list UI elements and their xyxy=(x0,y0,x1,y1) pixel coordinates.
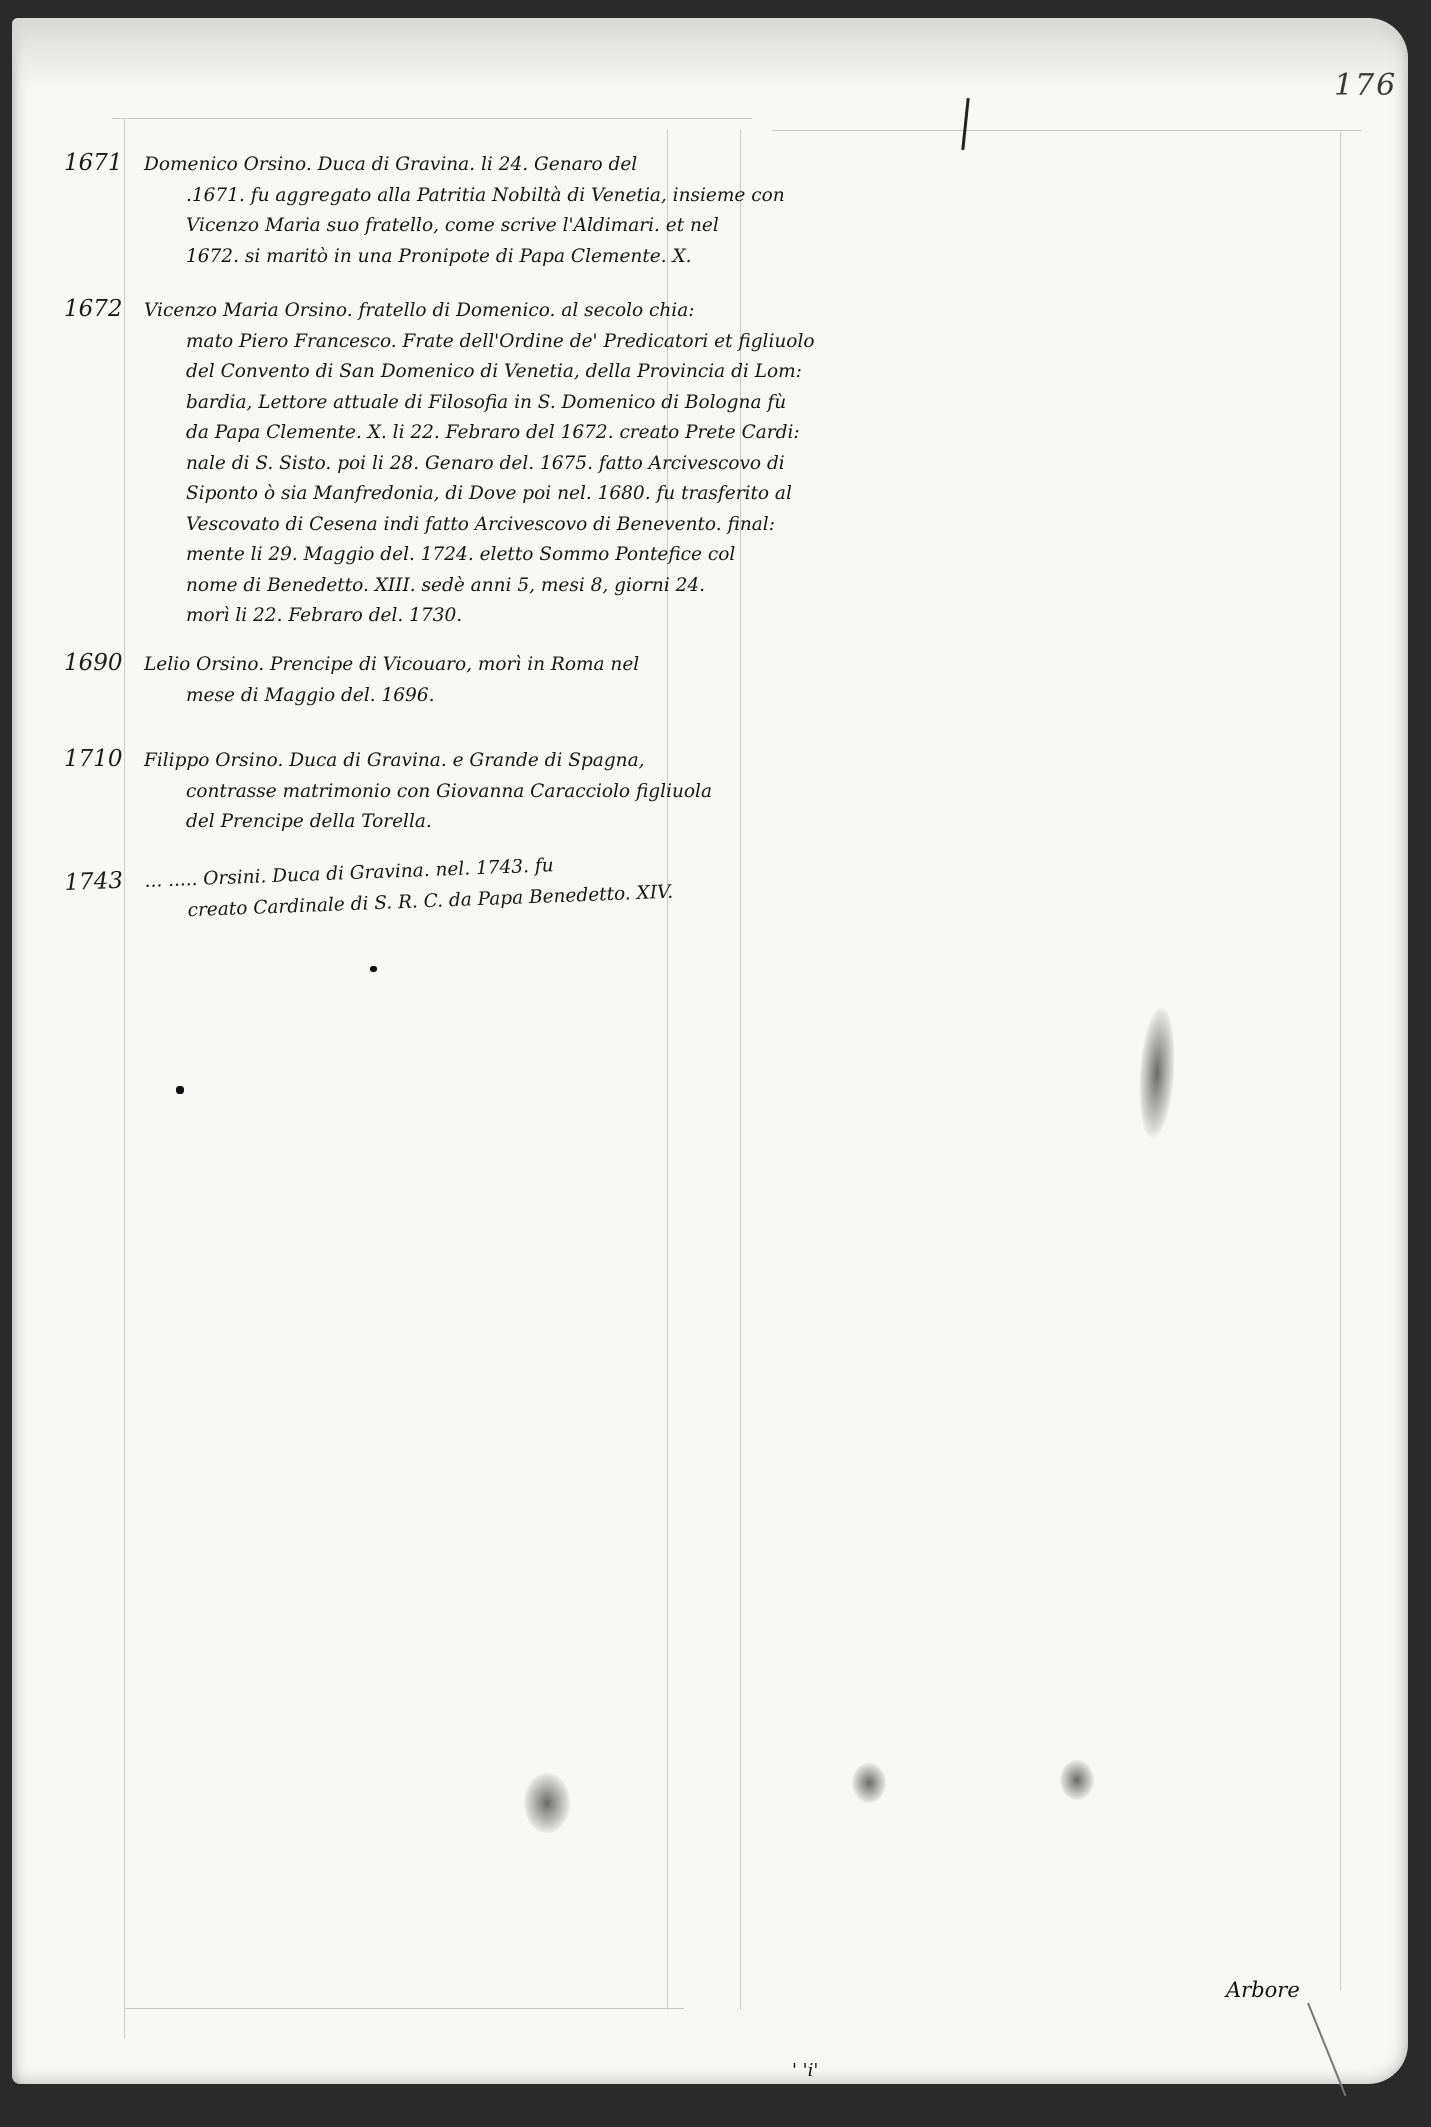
entry-line: Vicenzo Maria suo fratello, come scrive … xyxy=(186,211,754,242)
ink-blot xyxy=(852,1763,886,1803)
entry-year: 1671 xyxy=(64,150,142,176)
entry-year: 1710 xyxy=(64,746,142,772)
entry-line: Lelio Orsino. Prencipe di Vicouaro, morì… xyxy=(144,650,754,681)
entry-1743: 1743 ... ..... Orsini. Duca di Gravina. … xyxy=(64,844,753,870)
entry-year: 1672 xyxy=(64,296,142,322)
bottom-ruled-line xyxy=(124,2008,684,2009)
ink-smudge xyxy=(1136,1007,1179,1139)
ink-speck xyxy=(370,966,377,972)
entry-line: Filippo Orsino. Duca di Gravina. e Grand… xyxy=(144,746,754,777)
column-rule-right xyxy=(1340,130,1341,1990)
top-ink-stroke xyxy=(961,98,969,150)
ink-blot xyxy=(524,1773,570,1833)
entry-line: Domenico Orsino. Duca di Gravina. li 24.… xyxy=(144,150,754,181)
entry-line: mente li 29. Maggio del. 1724. eletto So… xyxy=(186,540,754,571)
entry-line: Siponto ò sia Manfredonia, di Dove poi n… xyxy=(186,479,754,510)
entry-line: 1672. si maritò in una Pronipote di Papa… xyxy=(186,242,754,273)
entry-line: nome di Benedetto. XIII. sedè anni 5, me… xyxy=(186,571,754,602)
left-margin-rule xyxy=(124,118,125,2038)
entry-line: mese di Maggio del. 1696. xyxy=(186,681,754,712)
entry-year: 1743 xyxy=(64,867,143,896)
ink-speck xyxy=(176,1086,184,1094)
entry-line: nale di S. Sisto. poi li 28. Genaro del.… xyxy=(186,449,754,480)
entry-line: .1671. fu aggregato alla Patritia Nobilt… xyxy=(186,181,754,212)
entry-line: morì li 22. Febraro del. 1730. xyxy=(186,601,754,632)
top-ruled-line-left xyxy=(112,118,752,119)
entry-line: Vicenzo Maria Orsino. fratello di Domeni… xyxy=(144,296,754,327)
entry-line: contrasse matrimonio con Giovanna Caracc… xyxy=(186,777,754,808)
catchword: Arbore xyxy=(1226,1978,1300,2002)
entry-line: del Prencipe della Torella. xyxy=(186,807,754,838)
ink-blot xyxy=(1060,1760,1094,1800)
entry-line: bardia, Lettore attuale di Filosofia in … xyxy=(186,388,754,419)
top-ruled-line-right xyxy=(772,130,1362,131)
bottom-ink-mark: ' 'i' xyxy=(792,2060,818,2081)
manuscript-page: 176 1671 Domenico Orsino. Duca di Gravin… xyxy=(12,18,1408,2084)
entry-year: 1690 xyxy=(64,650,142,676)
entry-line: mato Piero Francesco. Frate dell'Ordine … xyxy=(186,327,754,358)
entry-line: da Papa Clemente. X. li 22. Febraro del … xyxy=(186,418,754,449)
entry-line: Vescovato di Cesena indi fatto Arcivesco… xyxy=(186,510,754,541)
folio-number: 176 xyxy=(1334,68,1397,103)
entry-line: del Convento di San Domenico di Venetia,… xyxy=(186,357,754,388)
paper-crease xyxy=(1307,2003,1346,2096)
